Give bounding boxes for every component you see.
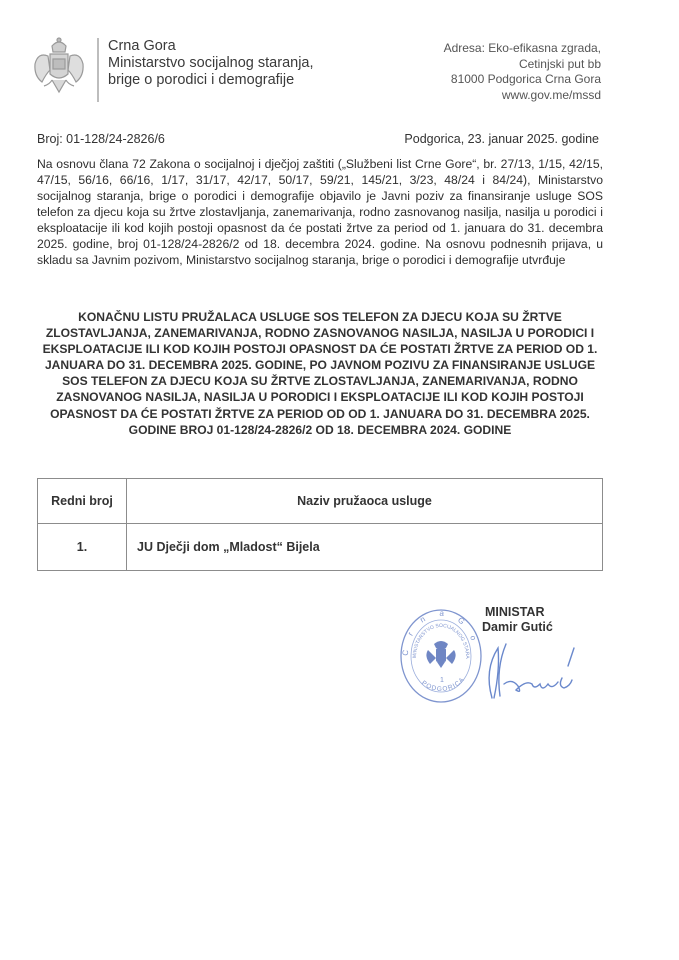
handwritten-signature: [478, 640, 588, 702]
address-line: Cetinjski put bb: [444, 57, 601, 73]
country-name: Crna Gora: [108, 38, 314, 55]
website-link[interactable]: www.gov.me/mssd: [444, 88, 601, 104]
provider-name-cell: JU Dječji dom „Mladost“ Bijela: [127, 524, 603, 571]
address-line: Adresa: Eko-efikasna zgrada,: [444, 41, 601, 57]
header-divider: [97, 38, 99, 102]
reference-number: Broj: 01-128/24-2826/6: [37, 132, 165, 146]
column-header-number: Redni broj: [38, 479, 127, 524]
table-row: 1. JU Dječji dom „Mladost“ Bijela: [38, 524, 603, 571]
signatory-name: Damir Gutić: [482, 620, 553, 634]
organization-name: Crna Gora Ministarstvo socijalnog staran…: [108, 38, 314, 89]
official-stamp: C r n a G o r a MINISTARSTVO SOCIJALNOG …: [398, 604, 484, 704]
ministry-name-line-2: brige o porodici i demografije: [108, 72, 314, 89]
decision-title: KONAČNU LISTU PRUŽALACA USLUGE SOS TELEF…: [40, 309, 600, 438]
address-line: 81000 Podgorica Crna Gora: [444, 72, 601, 88]
ministry-address: Adresa: Eko-efikasna zgrada, Cetinjski p…: [444, 41, 601, 103]
svg-text:1: 1: [440, 677, 444, 684]
table-header-row: Redni broj Naziv pružaoca usluge: [38, 479, 603, 524]
providers-table: Redni broj Naziv pružaoca usluge 1. JU D…: [37, 478, 603, 571]
row-number-cell: 1.: [38, 524, 127, 571]
ministry-name-line-1: Ministarstvo socijalnog staranja,: [108, 55, 314, 72]
column-header-provider-name: Naziv pružaoca usluge: [127, 479, 603, 524]
coat-of-arms-logo: [30, 34, 88, 100]
signatory-title: MINISTAR: [485, 605, 545, 619]
intro-paragraph: Na osnovu člana 72 Zakona o socijalnoj i…: [37, 156, 603, 268]
place-and-date: Podgorica, 23. januar 2025. godine: [404, 132, 599, 146]
